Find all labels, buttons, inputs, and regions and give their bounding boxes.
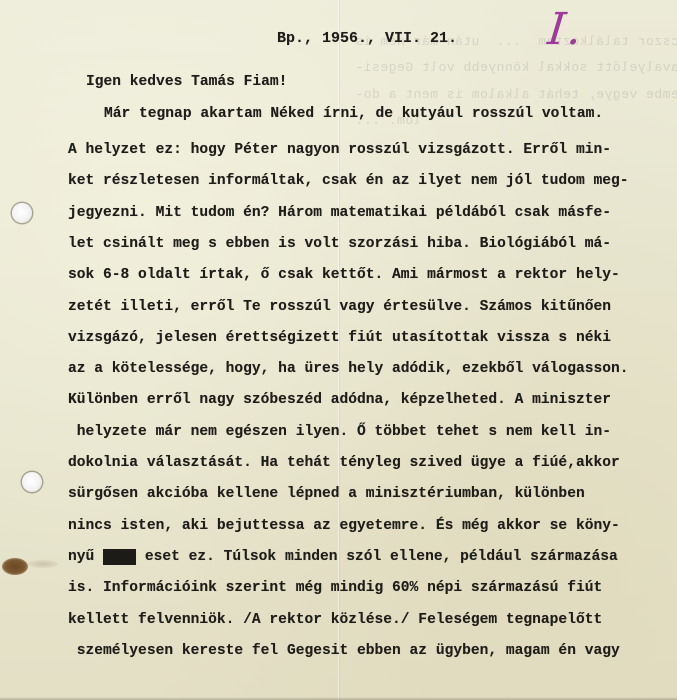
letter-page: nyolcszor találkoztam ... után már nem i… [0, 0, 677, 700]
ink-stain [2, 558, 28, 575]
letter-body-line: zetét illeti, erről Te rosszúl vagy érte… [68, 299, 611, 315]
letter-body-line: nincs isten, aki bejuttessa az egyetemre… [68, 518, 620, 534]
letter-body-line: A helyzet ez: hogy Péter nagyon rosszúl … [68, 142, 611, 158]
letter-body-line: jegyezni. Mit tudom én? Három matematika… [68, 205, 611, 221]
letter-body-line: helyzete már nem egészen ilyen. Ő többet… [68, 424, 611, 440]
salutation: Igen kedves Tamás Fiam! [86, 74, 287, 90]
letter-body-line: kellett felvenniök. /A rektor közlése./ … [68, 612, 602, 628]
bleed-through-text: kezeségtének. Tavaly és tavalyelőtt sokk… [355, 60, 677, 75]
letter-body-line: vizsgázó, jelesen érettségizett fiút uta… [68, 330, 611, 346]
letter-body-line: dokolnia választását. Ha tehát tényleg s… [68, 455, 620, 471]
punch-hole-lower [22, 472, 42, 492]
opening-line: Már tegnap akartam Néked írni, de kutyáu… [104, 106, 603, 122]
letter-body-line: let csinált meg s ebben is volt szorzási… [68, 236, 611, 252]
letter-body-line: személyesen kereste fel Gegesit ebben az… [68, 643, 620, 659]
letter-body-line: sok 6-8 oldalt írtak, ő csak kettőt. Ami… [68, 267, 620, 283]
letter-body-line: Különben erről nagy szóbeszéd adódna, ké… [68, 392, 611, 408]
handwritten-roman-numeral-mark: I. [546, 8, 586, 52]
date-line: Bp., 1956., VII. 21. [277, 30, 457, 47]
letter-body-line: az a kötelessége, hogy, ha üres hely adó… [68, 361, 629, 377]
struck-out-text: xxxx [103, 549, 136, 565]
letter-body-line: ket részletesen informáltak, csak én az … [68, 173, 629, 189]
ink-smear [28, 560, 58, 568]
bleed-through-text: nek, hogy kérdésemet figyelembe vegye, t… [355, 87, 677, 102]
letter-body-line: is. Információink szerint még mindig 60%… [68, 580, 602, 596]
letter-body-line: nyű xxxx eset ez. Túlsok minden szól ell… [68, 549, 618, 565]
punch-hole-upper [12, 203, 32, 223]
letter-body-line: sürgősen akcióba kellene lépned a minisz… [68, 486, 585, 502]
